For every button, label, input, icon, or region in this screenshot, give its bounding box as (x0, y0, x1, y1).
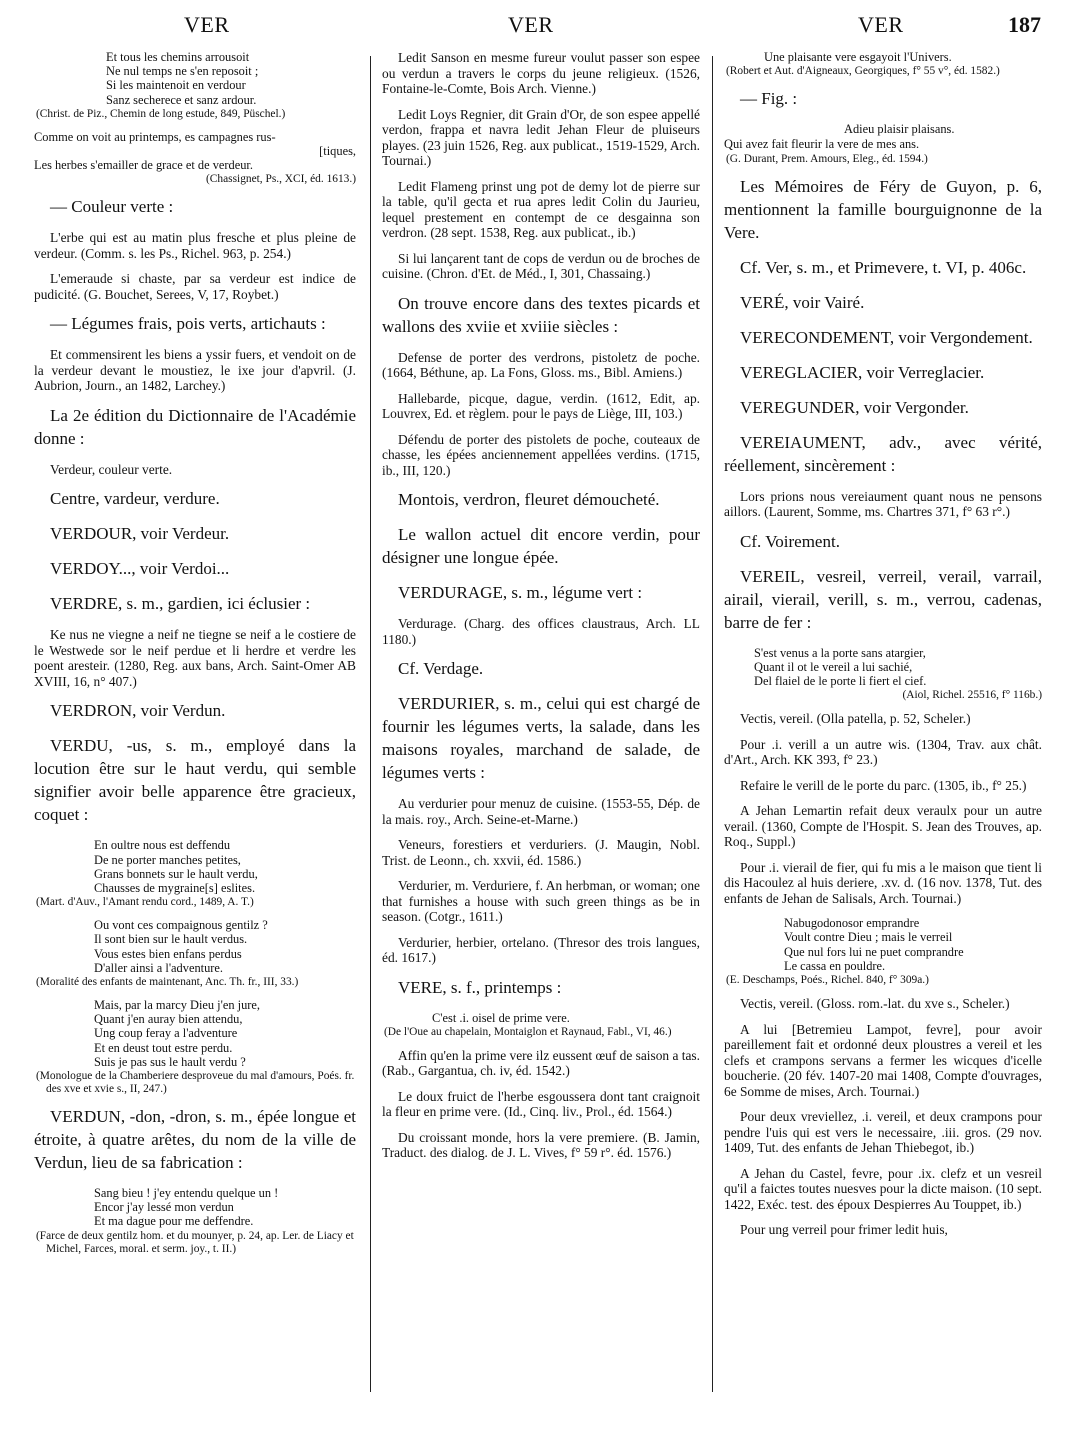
entry-line: VERDOY..., voir Verdoi... (34, 557, 356, 580)
verse-line: Grans bonnets sur le hault verdu, (94, 867, 356, 881)
verse-line: Sanz secherece et sanz ardour. (106, 93, 356, 107)
column-divider (712, 56, 713, 1392)
verse-line: Les herbes s'emailler de grace et de ver… (34, 158, 356, 172)
definition-paragraph: Les Mémoires de Féry de Guyon, p. 6, men… (724, 175, 1042, 244)
source-reference: (Farce de deux gentilz hom. et du mounye… (34, 1230, 356, 1256)
running-header-right: VER (858, 12, 904, 38)
entry-line: VEREGLACIER, voir Verreglacier. (724, 361, 1042, 384)
verse-line: Le cassa en pouldre. (784, 959, 1042, 973)
verse-quotation: Adieu plaisir plaisans. (724, 122, 1042, 136)
verse-line: Et tous les chemins arrousoit (106, 50, 356, 64)
verse-line: Ou vont ces compaignous gentilz ? (94, 918, 356, 932)
entry-line: VERE, s. f., printemps : (382, 976, 700, 999)
entry-line: Centre, vardeur, verdure. (34, 487, 356, 510)
citation: A Jehan Lemartin refait deux veraulx pou… (724, 803, 1042, 850)
verse-line: Et ma dague pour me deffendre. (94, 1214, 356, 1228)
definition-paragraph: VERDURIER, s. m., celui qui est chargé d… (382, 692, 700, 784)
citation: Verdeur, couleur verte. (34, 462, 356, 478)
entry-line: Montois, verdron, fleuret démoucheté. (382, 488, 700, 511)
entry-line: VERDRON, voir Verdun. (34, 699, 356, 722)
citation: Affin qu'en la prime vere ilz eussent œu… (382, 1048, 700, 1079)
definition-paragraph: VERDUN, -don, -dron, s. m., épée longue … (34, 1105, 356, 1174)
citation: Lors prions nous vereiaument quant nous … (724, 489, 1042, 520)
source-reference: (Mart. d'Auv., l'Amant rendu cord., 1489… (34, 896, 356, 909)
citation: Ke nus ne viegne a neif ne tiegne se nei… (34, 627, 356, 689)
citation: Ledit Loys Regnier, dit Grain d'Or, de s… (382, 107, 700, 169)
source-reference: (Monologue de la Chamberiere desproveue … (34, 1070, 356, 1096)
source-reference: (G. Durant, Prem. Amours, Eleg., éd. 159… (724, 153, 1042, 166)
verse-quotation: Une plaisante vere esgayoit l'Univers. (724, 50, 1042, 64)
citation: A Jehan du Castel, fevre, pour .ix. clef… (724, 1166, 1042, 1213)
citation: Verdurier, m. Verduriere, f. An herbman,… (382, 878, 700, 925)
source-reference: (E. Deschamps, Poés., Richel. 840, f° 30… (724, 974, 1042, 987)
verse-line: Voult contre Dieu ; mais le verreil (784, 930, 1042, 944)
citation: Pour .i. verill a un autre wis. (1304, T… (724, 737, 1042, 768)
citation: Du croissant monde, hors la vere premier… (382, 1130, 700, 1161)
entry-line: VEREGUNDER, voir Vergonder. (724, 396, 1042, 419)
citation: A lui [Betremieu Lampot, fevre], pour av… (724, 1022, 1042, 1100)
verse-line: Une plaisante vere esgayoit l'Univers. (764, 50, 1042, 64)
definition-paragraph: Cf. Ver, s. m., et Primevere, t. VI, p. … (724, 256, 1042, 279)
verse-quotation: Comme on voit au printemps, es campagnes… (34, 130, 356, 173)
verse-line: Comme on voit au printemps, es campagnes… (34, 130, 356, 144)
citation: L'erbe qui est au matin plus fresche et … (34, 230, 356, 261)
verse-quotation: Nabugodonosor emprandreVoult contre Dieu… (724, 916, 1042, 973)
source-reference: (Aiol, Richel. 25516, f° 116b.) (724, 689, 1042, 702)
definition-paragraph: — Légumes frais, pois verts, artichauts … (34, 312, 356, 335)
citation: Hallebarde, picque, dague, verdin. (1612… (382, 391, 700, 422)
citation: Verdurage. (Charg. des offices claustrau… (382, 616, 700, 647)
verse-line: Que nul fors lui ne puet comprandre (784, 945, 1042, 959)
entry-line: — Couleur verte : (34, 195, 356, 218)
definition-paragraph: Le wallon actuel dit encore verdin, pour… (382, 523, 700, 569)
verse-line: Si les maintenoit en verdour (106, 78, 356, 92)
source-reference: (De l'Oue au chapelain, Montaiglon et Ra… (382, 1026, 700, 1039)
verse-line: Mais, par la marcy Dieu j'en jure, (94, 998, 356, 1012)
definition-paragraph: VEREIL, vesreil, verreil, verail, varrai… (724, 565, 1042, 634)
entry-line: VERÉ, voir Vairé. (724, 291, 1042, 314)
verse-line: Il sont bien sur le hault verdus. (94, 932, 356, 946)
citation: Verdurier, herbier, ortelano. (Thresor d… (382, 935, 700, 966)
definition-paragraph: VEREIAUMENT, adv., avec vérité, réelleme… (724, 431, 1042, 477)
citation: Ledit Flameng prinst ung pot de demy lot… (382, 179, 700, 241)
entry-line: VERECONDEMENT, voir Vergondement. (724, 326, 1042, 349)
citation: Vectis, vereil. (Olla patella, p. 52, Sc… (724, 711, 1042, 727)
citation: Vectis, vereil. (Gloss. rom.-lat. du xve… (724, 996, 1042, 1012)
source-reference: (Christ. de Piz., Chemin de long estude,… (34, 108, 356, 121)
verse-line: C'est .i. oisel de prime vere. (432, 1011, 700, 1025)
verse-quotation: Mais, par la marcy Dieu j'en jure,Quant … (34, 998, 356, 1069)
entry-line: Cf. Verdage. (382, 657, 700, 680)
source-reference: (Chassignet, Ps., XCI, éd. 1613.) (34, 173, 356, 186)
verse-quotation: Qui avez fait fleurir la vere de mes ans… (724, 137, 1042, 151)
citation: Defense de porter des verdrons, pistolet… (382, 350, 700, 381)
running-header-middle: VER (508, 12, 554, 38)
source-reference: (Moralité des enfants de maintenant, Anc… (34, 976, 356, 989)
verse-line: Encor j'ay lessé mon verdun (94, 1200, 356, 1214)
running-header-left: VER (184, 12, 230, 38)
entry-line: Cf. Voirement. (724, 530, 1042, 553)
verse-line: Suis je pas sus le hault verdu ? (94, 1055, 356, 1069)
verse-line: Chausses de mygraine[s] eslites. (94, 881, 356, 895)
verse-line: Vous estes bien enfans perdus (94, 947, 356, 961)
verse-line: Et en deust tout estre perdu. (94, 1041, 356, 1055)
verse-line: [tiques, (34, 144, 356, 158)
citation: Au verdurier pour menuz de cuisine. (155… (382, 796, 700, 827)
verse-line: Ung coup feray a l'adventure (94, 1026, 356, 1040)
verse-line: Qui avez fait fleurir la vere de mes ans… (724, 137, 1042, 151)
verse-quotation: C'est .i. oisel de prime vere. (382, 1011, 700, 1025)
column-right: Une plaisante vere esgayoit l'Univers.(R… (724, 50, 1042, 1248)
citation: Veneurs, forestiers et verduriers. (J. M… (382, 837, 700, 868)
citation: Pour deux vreviellez, .i. vereil, et deu… (724, 1109, 1042, 1156)
source-reference: (Robert et Aut. d'Aigneaux, Georgiques, … (724, 65, 1042, 78)
verse-line: Adieu plaisir plaisans. (844, 122, 1042, 136)
citation: Et commensirent les biens a yssir fuers,… (34, 347, 356, 394)
citation: L'emeraude si chaste, par sa verdeur est… (34, 271, 356, 302)
column-middle: Ledit Sanson en mesme fureur voulut pass… (382, 50, 700, 1171)
definition-paragraph: La 2e édition du Dictionnaire de l'Acadé… (34, 404, 356, 450)
entry-line: VERDURAGE, s. m., légume vert : (382, 581, 700, 604)
verse-quotation: S'est venus a la porte sans atargier,Qua… (724, 646, 1042, 689)
definition-paragraph: VERDU, -us, s. m., employé dans la locut… (34, 734, 356, 826)
verse-line: En oultre nous est deffendu (94, 838, 356, 852)
verse-line: Sang bieu ! j'ey entendu quelque un ! (94, 1186, 356, 1200)
verse-line: Quant j'en auray bien attendu, (94, 1012, 356, 1026)
entry-line: VERDRE, s. m., gardien, ici éclusier : (34, 592, 356, 615)
verse-quotation: Sang bieu ! j'ey entendu quelque un !Enc… (34, 1186, 356, 1229)
citation: Ledit Sanson en mesme fureur voulut pass… (382, 50, 700, 97)
citation: Pour ung verreil pour frimer ledit huis, (724, 1222, 1042, 1238)
verse-quotation: Et tous les chemins arrousoitNe nul temp… (34, 50, 356, 107)
verse-line: De ne porter manches petites, (94, 853, 356, 867)
column-divider (370, 56, 371, 1392)
citation: Le doux fruict de l'herbe esgoussera don… (382, 1089, 700, 1120)
citation: Refaire le verill de le porte du parc. (… (724, 778, 1042, 794)
entry-line: — Fig. : (724, 87, 1042, 110)
page-number: 187 (1008, 12, 1041, 38)
citation: Pour .i. vierail de fier, qui fu mis a l… (724, 860, 1042, 907)
verse-quotation: En oultre nous est deffenduDe ne porter … (34, 838, 356, 895)
verse-line: S'est venus a la porte sans atargier, (754, 646, 1042, 660)
citation: Défendu de porter des pistolets de poche… (382, 432, 700, 479)
verse-line: D'aller ainsi a l'adventure. (94, 961, 356, 975)
definition-paragraph: On trouve encore dans des textes picards… (382, 292, 700, 338)
verse-line: Nabugodonosor emprandre (784, 916, 1042, 930)
verse-line: Del flaiel de le porte li fiert el cief. (754, 674, 1042, 688)
column-left: Et tous les chemins arrousoitNe nul temp… (34, 50, 356, 1265)
entry-line: VERDOUR, voir Verdeur. (34, 522, 356, 545)
verse-line: Ne nul temps ne s'en reposoit ; (106, 64, 356, 78)
citation: Si lui lançarent tant de cops de verdun … (382, 251, 700, 282)
verse-line: Quant il ot le vereil a lui sachié, (754, 660, 1042, 674)
verse-quotation: Ou vont ces compaignous gentilz ?Il sont… (34, 918, 356, 975)
